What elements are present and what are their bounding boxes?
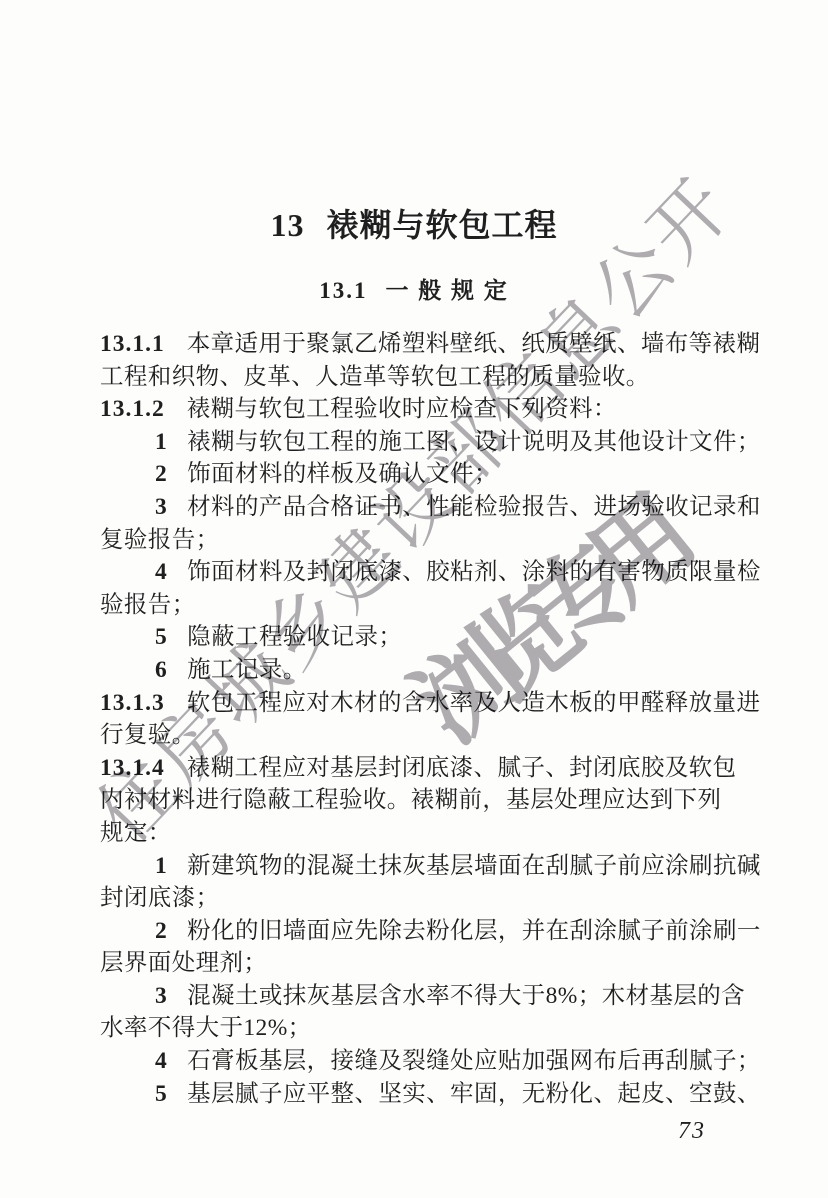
body-line: 13.1.2裱糊与软包工程验收时应检查下列资料： (100, 393, 755, 426)
body-line: 13.1.4裱糊工程应对基层封闭底漆、腻子、封闭底胶及软包 (100, 752, 755, 785)
body-line: 规定： (100, 817, 755, 850)
section-number: 13.1 (319, 278, 367, 303)
item-number: 1 (155, 429, 167, 455)
body-line: 验报告； (100, 589, 755, 622)
line-text: 层界面处理剂； (100, 950, 267, 976)
line-text: 基层腻子应平整、坚实、牢固，无粉化、起皮、空鼓、 (187, 1081, 761, 1107)
line-text: 验报告； (100, 592, 196, 618)
item-number: 5 (155, 624, 167, 650)
body-line: 2粉化的旧墙面应先除去粉化层，并在刮涂腻子前涂刷一 (100, 915, 755, 948)
line-text: 规定： (100, 820, 172, 846)
line-text: 新建筑物的混凝土抹灰基层墙面在刮腻子前应涂刷抗碱 (187, 853, 761, 879)
body-line: 行复验。 (100, 719, 755, 752)
body-line: 3材料的产品合格证书、性能检验报告、进场验收记录和 (100, 491, 755, 524)
line-text: 裱糊与软包工程验收时应检查下列资料： (187, 396, 617, 422)
line-text: 行复验。 (100, 722, 196, 748)
line-text: 隐蔽工程验收记录； (187, 624, 402, 650)
body-line: 工程和织物、皮革、人造革等软包工程的质量验收。 (100, 361, 755, 394)
item-number: 3 (155, 494, 167, 520)
item-number: 3 (155, 983, 167, 1009)
line-text: 施工记录。 (187, 657, 307, 683)
body-line: 5隐蔽工程验收记录； (100, 621, 755, 654)
body-line: 2饰面材料的样板及确认文件； (100, 458, 755, 491)
clause-number: 13.1.3 (100, 690, 165, 716)
chapter-number: 13 (270, 207, 304, 243)
body-line: 4饰面材料及封闭底漆、胶粘剂、涂料的有害物质限量检 (100, 556, 755, 589)
body-line: 3混凝土或抹灰基层含水率不得大于8%；木材基层的含 (100, 980, 755, 1013)
item-number: 6 (155, 657, 167, 683)
body-line: 1裱糊与软包工程的施工图、设计说明及其他设计文件； (100, 426, 755, 459)
chapter-heading: 13裱糊与软包工程 (0, 200, 828, 246)
line-text: 材料的产品合格证书、性能检验报告、进场验收记录和 (187, 494, 761, 520)
clause-number: 13.1.1 (100, 331, 165, 357)
line-text: 封闭底漆； (100, 885, 220, 911)
item-number: 1 (155, 853, 167, 879)
clause-number: 13.1.2 (100, 396, 165, 422)
line-text: 本章适用于聚氯乙烯塑料壁纸、纸质壁纸、墙布等裱糊 (187, 331, 761, 357)
body-line: 层界面处理剂； (100, 947, 755, 980)
body-line: 封闭底漆； (100, 882, 755, 915)
body-line: 1新建筑物的混凝土抹灰基层墙面在刮腻子前应涂刷抗碱 (100, 850, 755, 883)
body-line: 内衬材料进行隐蔽工程验收。裱糊前，基层处理应达到下列 (100, 784, 755, 817)
line-text: 裱糊工程应对基层封闭底漆、腻子、封闭底胶及软包 (187, 755, 737, 781)
clause-number: 13.1.4 (100, 755, 165, 781)
line-text: 裱糊与软包工程的施工图、设计说明及其他设计文件； (187, 429, 761, 455)
body-line: 5基层腻子应平整、坚实、牢固，无粉化、起皮、空鼓、 (100, 1078, 755, 1111)
item-number: 4 (155, 559, 167, 585)
body-line: 6施工记录。 (100, 654, 755, 687)
body-line: 13.1.3软包工程应对木材的含水率及人造木板的甲醛释放量进 (100, 687, 755, 720)
line-text: 软包工程应对木材的含水率及人造木板的甲醛释放量进 (187, 690, 761, 716)
body-text: 13.1.1本章适用于聚氯乙烯塑料壁纸、纸质壁纸、墙布等裱糊工程和织物、皮革、人… (100, 328, 755, 1110)
line-text: 水率不得大于12%； (100, 1015, 312, 1041)
body-line: 水率不得大于12%； (100, 1012, 755, 1045)
document-page: 住房城乡建设部信息公开 浏览专用 13裱糊与软包工程 13.1一 般 规 定 1… (0, 0, 828, 1198)
line-text: 饰面材料的样板及确认文件； (187, 461, 498, 487)
item-number: 5 (155, 1081, 167, 1107)
body-line: 13.1.1本章适用于聚氯乙烯塑料壁纸、纸质壁纸、墙布等裱糊 (100, 328, 755, 361)
line-text: 粉化的旧墙面应先除去粉化层，并在刮涂腻子前涂刷一 (187, 918, 761, 944)
section-title: 一 般 规 定 (386, 278, 509, 303)
item-number: 2 (155, 918, 167, 944)
section-heading: 13.1一 般 规 定 (0, 272, 828, 305)
item-number: 4 (155, 1048, 167, 1074)
item-number: 2 (155, 461, 167, 487)
line-text: 石膏板基层，接缝及裂缝处应贴加强网布后再刮腻子； (187, 1048, 761, 1074)
page-number: 73 (678, 1118, 706, 1145)
line-text: 混凝土或抹灰基层含水率不得大于8%；木材基层的含 (187, 983, 745, 1009)
chapter-title: 裱糊与软包工程 (326, 207, 557, 243)
line-text: 饰面材料及封闭底漆、胶粘剂、涂料的有害物质限量检 (187, 559, 761, 585)
line-text: 工程和织物、皮革、人造革等软包工程的质量验收。 (100, 364, 650, 390)
line-text: 内衬材料进行隐蔽工程验收。裱糊前，基层处理应达到下列 (100, 787, 721, 813)
line-text: 复验报告； (100, 527, 220, 553)
body-line: 复验报告； (100, 524, 755, 557)
body-line: 4石膏板基层，接缝及裂缝处应贴加强网布后再刮腻子； (100, 1045, 755, 1078)
